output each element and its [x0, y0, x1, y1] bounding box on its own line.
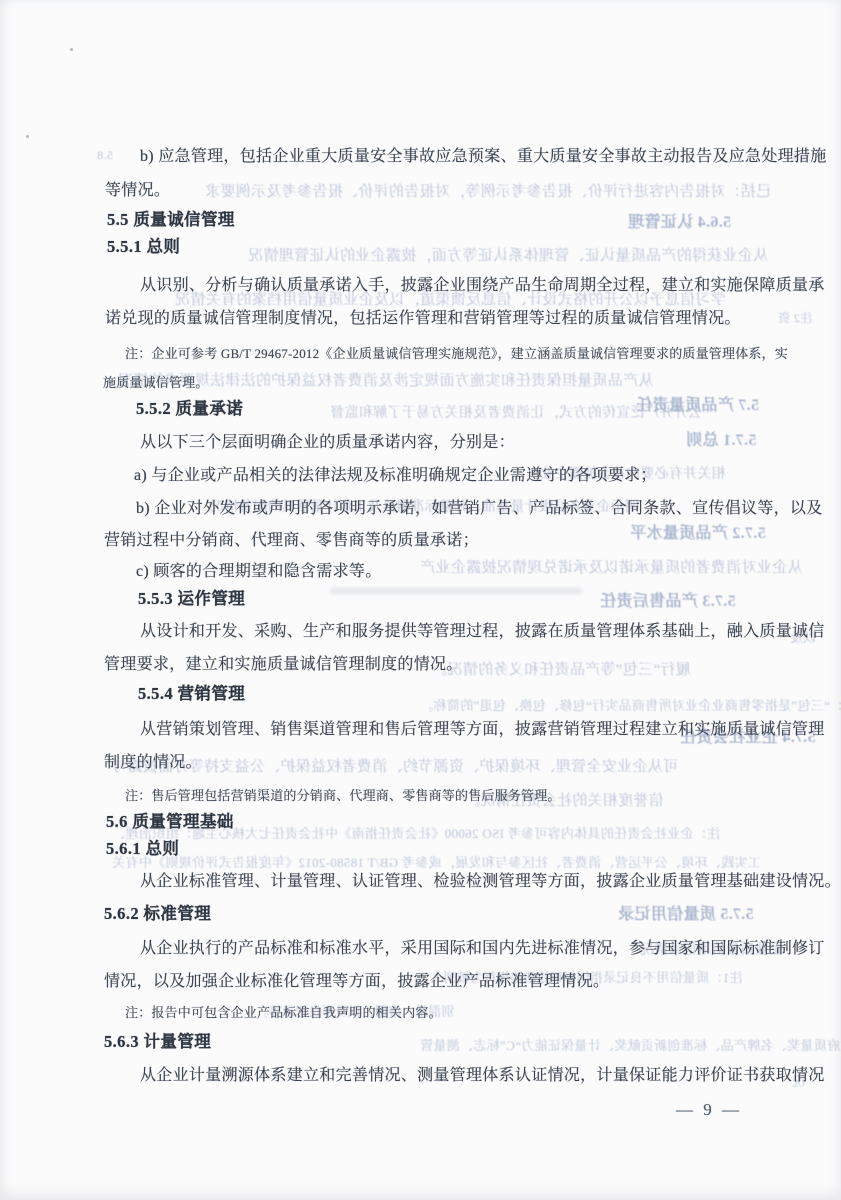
note-line: 注：报告中可包含企业产品标准自我声明的相关内容。 — [125, 1003, 442, 1023]
body-line: b) 企业对外发布或声明的各项明示承诺，如营销广告、产品标签、合同条款、宣传倡议… — [136, 499, 823, 519]
body-line: 从设计和开发、采购、生产和服务提供等管理过程，披露在质量管理体系基础上，融入质量… — [140, 622, 825, 642]
body-line: 从企业标准管理、计量管理、认证管理、检验检测管理等方面，披露企业质量管理基础建设… — [140, 872, 841, 892]
body-line: b) 应急管理，包括企业重大质量安全事故应急预案、重大质量安全事故主动报告及应急… — [140, 147, 827, 167]
body-line: 从以下三个层面明确企业的质量承诺内容，分别是： — [140, 433, 515, 453]
section-heading: 5.6 质量管理基础 — [106, 812, 234, 832]
section-heading: 5.5.1 总则 — [107, 237, 180, 257]
bleedthrough-text: 5.7.3 产品售后责任 — [600, 592, 736, 612]
bleedthrough-text: 5.7.2 产品质量水平 — [630, 524, 766, 544]
scanned-document-page: 5.85.8已括：对报告内容进行评价、报告参考示例等，对报告的评价、报告参考及示… — [0, 0, 841, 1200]
bleedthrough-text: 已括：对报告内容进行评价、报告参考示例等，对报告的评价、报告参考及示例要求 — [205, 182, 771, 202]
body-line: 制度的情况。 — [104, 753, 202, 773]
section-heading: 5.5.2 质量承诺 — [136, 399, 243, 419]
body-line: 从识别、分析与确认质量承诺入手，披露企业围绕产品生命周期全过程，建立和实施保障质… — [140, 276, 825, 296]
section-heading: 5.6.2 标准管理 — [104, 904, 211, 924]
section-heading: 5.5.4 营销管理 — [138, 684, 245, 704]
bleedthrough-text: 5.7.5 质量信用记录 — [618, 905, 754, 925]
bleedthrough-text: 履行“三包”等产品责任和义务的情况。 — [432, 660, 691, 680]
body-line: 从营销策划管理、销售渠道管理和售后管理等方面，披露营销管理过程建立和实施质量诚信… — [140, 720, 825, 740]
bleedthrough-text: 工实践、环境、公平运营、消费者、社区参与和发展，或参考 GB/T 18580-2… — [112, 853, 761, 873]
note-line: 施质量诚信管理。 — [103, 373, 209, 393]
body-line: 管理要求，建立和实施质量诚信管理制度的情况。 — [104, 655, 463, 675]
body-line: 营销过程中分销商、代理商、零售商等的质量承诺； — [104, 531, 479, 551]
body-line: 情况，以及加强企业标准化管理等方面，披露企业产品标准管理情况。 — [104, 972, 609, 992]
body-line: a) 与企业或产品相关的法律法规及标准明确规定企业需遵守的各项要求； — [134, 466, 657, 486]
bleedthrough-text: 从企业获得的产品质量认证、管理体系认证等方面，披露企业的认证管理情况 — [248, 246, 768, 266]
bleedthrough-text: 5.6.4 认证管理 — [628, 213, 731, 233]
section-heading: 5.6.3 计量管理 — [104, 1032, 211, 1052]
scan-speck — [26, 135, 29, 138]
bleedthrough-text: 从企业对消费者的质量承诺以及承诺兑现情况披露企业产 — [420, 558, 803, 578]
bleedthrough-text: 注2：鼓励信用良好记录包括各级政府质量奖、名牌产品、标准创新贡献奖、计量保证能力… — [420, 1036, 841, 1056]
section-heading: 5.5.3 运作管理 — [138, 589, 245, 609]
body-line: 诺兑现的质量诚信管理制度情况，包括运作管理和营销管理等过程的质量诚信管理情况。 — [105, 309, 741, 329]
body-line: 从企业计量溯源体系建立和完善情况、测量管理体系认证情况，计量保证能力评价证书获取… — [140, 1066, 825, 1086]
scan-smudge-line — [330, 588, 582, 594]
body-line: 从企业执行的产品标准和标准水平，采用国际和国内先进标准情况，参与国家和国际标准制… — [140, 939, 825, 959]
page-number: — 9 — — [676, 1100, 776, 1122]
note-line: 注：售后管理包括营销渠道的分销商、代理商、零售商等的售后服务管理。 — [125, 786, 561, 806]
section-heading: 5.5 质量诚信管理 — [107, 210, 235, 230]
body-line: 等情况。 — [105, 181, 170, 201]
body-line: c) 顾客的合理期望和隐含需求等。 — [136, 562, 382, 582]
bleedthrough-text: 注：“三包”是指零售商业企业对所售商品实行“包修、包换、包退”的简称。 — [420, 696, 841, 716]
scan-speck — [70, 48, 73, 51]
bleedthrough-text: 5.8 — [97, 145, 113, 165]
bleedthrough-text: 注2 资 — [778, 308, 812, 328]
section-heading: 5.6.1 总则 — [106, 839, 179, 859]
note-line: 注：企业可参考 GB/T 29467-2012《企业质量诚信管理实施规范》，建立… — [125, 344, 788, 364]
bleedthrough-text: 公开并广泛宣传的方式，让消费者及相关方易于了解和监督 — [330, 404, 702, 424]
bleedthrough-text: 5.7.1 总则 — [686, 431, 756, 451]
